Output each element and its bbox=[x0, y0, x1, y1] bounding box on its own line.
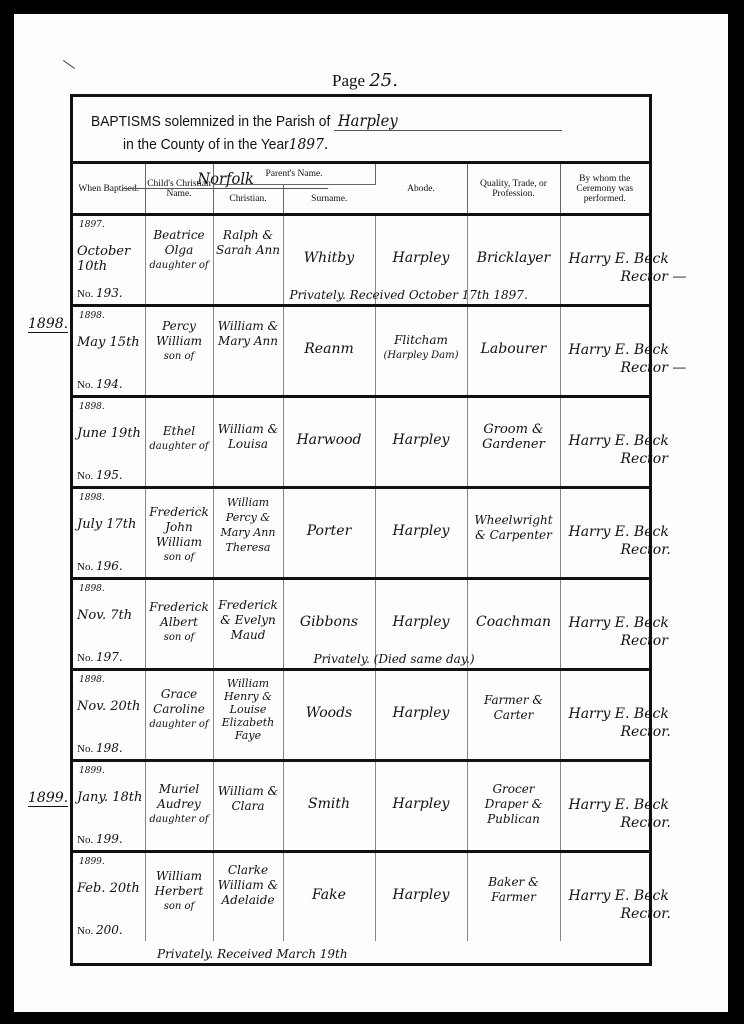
baptism-date: October 10th bbox=[77, 244, 145, 274]
minister-signature: Harry E. BeckRector. bbox=[569, 705, 671, 741]
abode: Harpley bbox=[376, 614, 467, 630]
table-row: 1899.Feb. 20thNo. 200. William Herbertso… bbox=[73, 852, 649, 942]
table-row: 1898.June 19thNo. 195. Etheldaughter of … bbox=[73, 397, 649, 488]
col-parent-christian: Christian. bbox=[213, 185, 283, 215]
child-name: Beatrice Olga bbox=[148, 228, 211, 258]
col-parent-surname: Surname. bbox=[283, 185, 375, 215]
entry-number: No. 196. bbox=[77, 559, 123, 573]
child-name: Percy William bbox=[148, 319, 211, 349]
table-row: 1899.Jany. 18thNo. 199. Muriel Audreydau… bbox=[73, 761, 649, 852]
child-name: William Herbert bbox=[148, 869, 211, 899]
abode: Harpley bbox=[376, 887, 467, 903]
pen-mark bbox=[63, 60, 75, 69]
baptism-date: May 15th bbox=[77, 335, 140, 350]
abode: Harpley bbox=[376, 705, 467, 721]
baptism-date: July 17th bbox=[77, 517, 136, 532]
child-name: Frederick John William bbox=[148, 505, 211, 550]
col-quality: Quality, Trade, or Profession. bbox=[467, 164, 560, 215]
table-row: 1898.May 15thNo. 194. Percy Williamson o… bbox=[73, 306, 649, 397]
surname: Reanm bbox=[284, 341, 375, 357]
table-row: 1898.July 17thNo. 196. Frederick John Wi… bbox=[73, 488, 649, 579]
minister-signature: Harry E. BeckRector bbox=[569, 432, 669, 468]
baptism-date: June 19th bbox=[77, 426, 141, 441]
surname: Whitby bbox=[284, 250, 375, 266]
entry-number: No. 193. bbox=[77, 286, 123, 300]
baptism-date: Jany. 18th bbox=[77, 790, 142, 805]
abode: Flitcham bbox=[378, 333, 465, 348]
surname: Porter bbox=[284, 523, 375, 539]
register-heading: BAPTISMS solemnized in the Parish of Har… bbox=[73, 97, 649, 164]
minister-signature: Harry E. BeckRector bbox=[569, 614, 669, 650]
baptism-date: Nov. 20th bbox=[77, 699, 140, 714]
quality: Grocer Draper & Publican bbox=[470, 782, 558, 827]
entry-number: No. 194. bbox=[77, 377, 123, 391]
table-row: 1897.October 10thNo. 193. Beatrice Olgad… bbox=[73, 215, 649, 306]
surname: Fake bbox=[284, 887, 375, 903]
col-abode: Abode. bbox=[375, 164, 467, 215]
baptism-date: Nov. 7th bbox=[77, 608, 132, 623]
col-by-whom: By whom the Ceremony was performed. bbox=[560, 164, 649, 215]
page-number: Page 25. bbox=[332, 70, 398, 91]
entry-number: No. 197. bbox=[77, 650, 123, 664]
abode: Harpley bbox=[376, 250, 467, 266]
table-row: 1898.Nov. 20thNo. 198. Grace Carolinedau… bbox=[73, 670, 649, 761]
margin-year-1898: 1898. bbox=[28, 316, 68, 333]
baptism-table: When Baptised. Child's Christian Name. P… bbox=[73, 164, 649, 941]
year-field: 1897. bbox=[289, 135, 329, 153]
parent-christian-names: Ralph & Sarah Ann bbox=[216, 228, 281, 258]
quality: Bricklayer bbox=[468, 250, 560, 266]
parent-christian-names: William Henry & Louise Elizabeth Faye bbox=[216, 677, 281, 742]
entry-note: Privately. Received October 17th 1897. bbox=[290, 288, 528, 302]
abode: Harpley bbox=[376, 796, 467, 812]
child-name: Grace Caroline bbox=[148, 687, 211, 717]
quality: Coachman bbox=[468, 614, 560, 630]
entry-note: Privately. (Died same day.) bbox=[314, 652, 475, 666]
quality: Farmer & Carter bbox=[470, 693, 558, 723]
parish-field: Harpley bbox=[334, 111, 562, 131]
county-field: Norfolk bbox=[123, 169, 328, 189]
surname: Gibbons bbox=[284, 614, 375, 630]
entry-number: No. 198. bbox=[77, 741, 123, 755]
parent-christian-names: William & Louisa bbox=[216, 422, 281, 452]
minister-signature: Harry E. BeckRector — bbox=[569, 250, 687, 286]
surname: Smith bbox=[284, 796, 375, 812]
parent-christian-names: Clarke William & Adelaide bbox=[216, 863, 281, 908]
minister-signature: Harry E. BeckRector — bbox=[569, 341, 687, 377]
entry-number: No. 199. bbox=[77, 832, 123, 846]
margin-year-1899: 1899. bbox=[28, 790, 68, 807]
minister-signature: Harry E. BeckRector. bbox=[569, 523, 671, 559]
table-row: 1898.Nov. 7thNo. 197. Frederick Albertso… bbox=[73, 579, 649, 670]
parent-christian-names: William & Clara bbox=[216, 784, 281, 814]
quality: Labourer bbox=[468, 341, 560, 357]
entry-number: No. 195. bbox=[77, 468, 123, 482]
abode: Harpley bbox=[376, 523, 467, 539]
parent-christian-names: William & Mary Ann bbox=[216, 319, 281, 349]
entry-number: No. 200. bbox=[77, 923, 123, 937]
child-name: Ethel bbox=[148, 424, 211, 439]
parent-christian-names: Frederick & Evelyn Maud bbox=[216, 598, 281, 643]
quality: Baker & Farmer bbox=[470, 875, 558, 905]
entry-note: Privately. Received March 19th bbox=[157, 947, 348, 961]
abode: Harpley bbox=[376, 432, 467, 448]
child-name: Muriel Audrey bbox=[148, 782, 211, 812]
minister-signature: Harry E. BeckRector. bbox=[569, 796, 671, 832]
minister-signature: Harry E. BeckRector. bbox=[569, 887, 671, 923]
quality: Wheelwright & Carpenter bbox=[470, 513, 558, 543]
quality: Groom & Gardener bbox=[470, 422, 558, 452]
baptism-date: Feb. 20th bbox=[77, 881, 140, 896]
surname: Woods bbox=[284, 705, 375, 721]
child-name: Frederick Albert bbox=[148, 600, 211, 630]
baptism-register: BAPTISMS solemnized in the Parish of Har… bbox=[70, 94, 652, 966]
surname: Harwood bbox=[284, 432, 375, 448]
parent-christian-names: William Percy & Mary Ann Theresa bbox=[216, 495, 281, 555]
register-page: Page 25. 1898. 1899. BAPTISMS solemnized… bbox=[14, 14, 728, 1012]
